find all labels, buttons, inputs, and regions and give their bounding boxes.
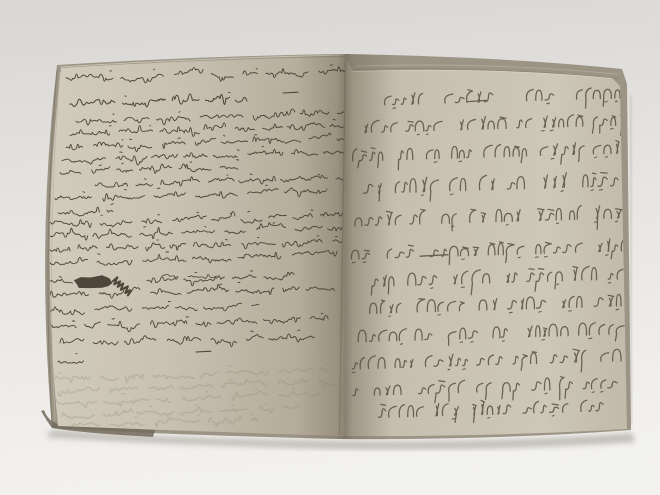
photo-canvas	[0, 0, 660, 495]
photo-noise	[0, 0, 660, 495]
notebook-photo: Open handwritten notebook lying on a neu…	[0, 0, 660, 495]
